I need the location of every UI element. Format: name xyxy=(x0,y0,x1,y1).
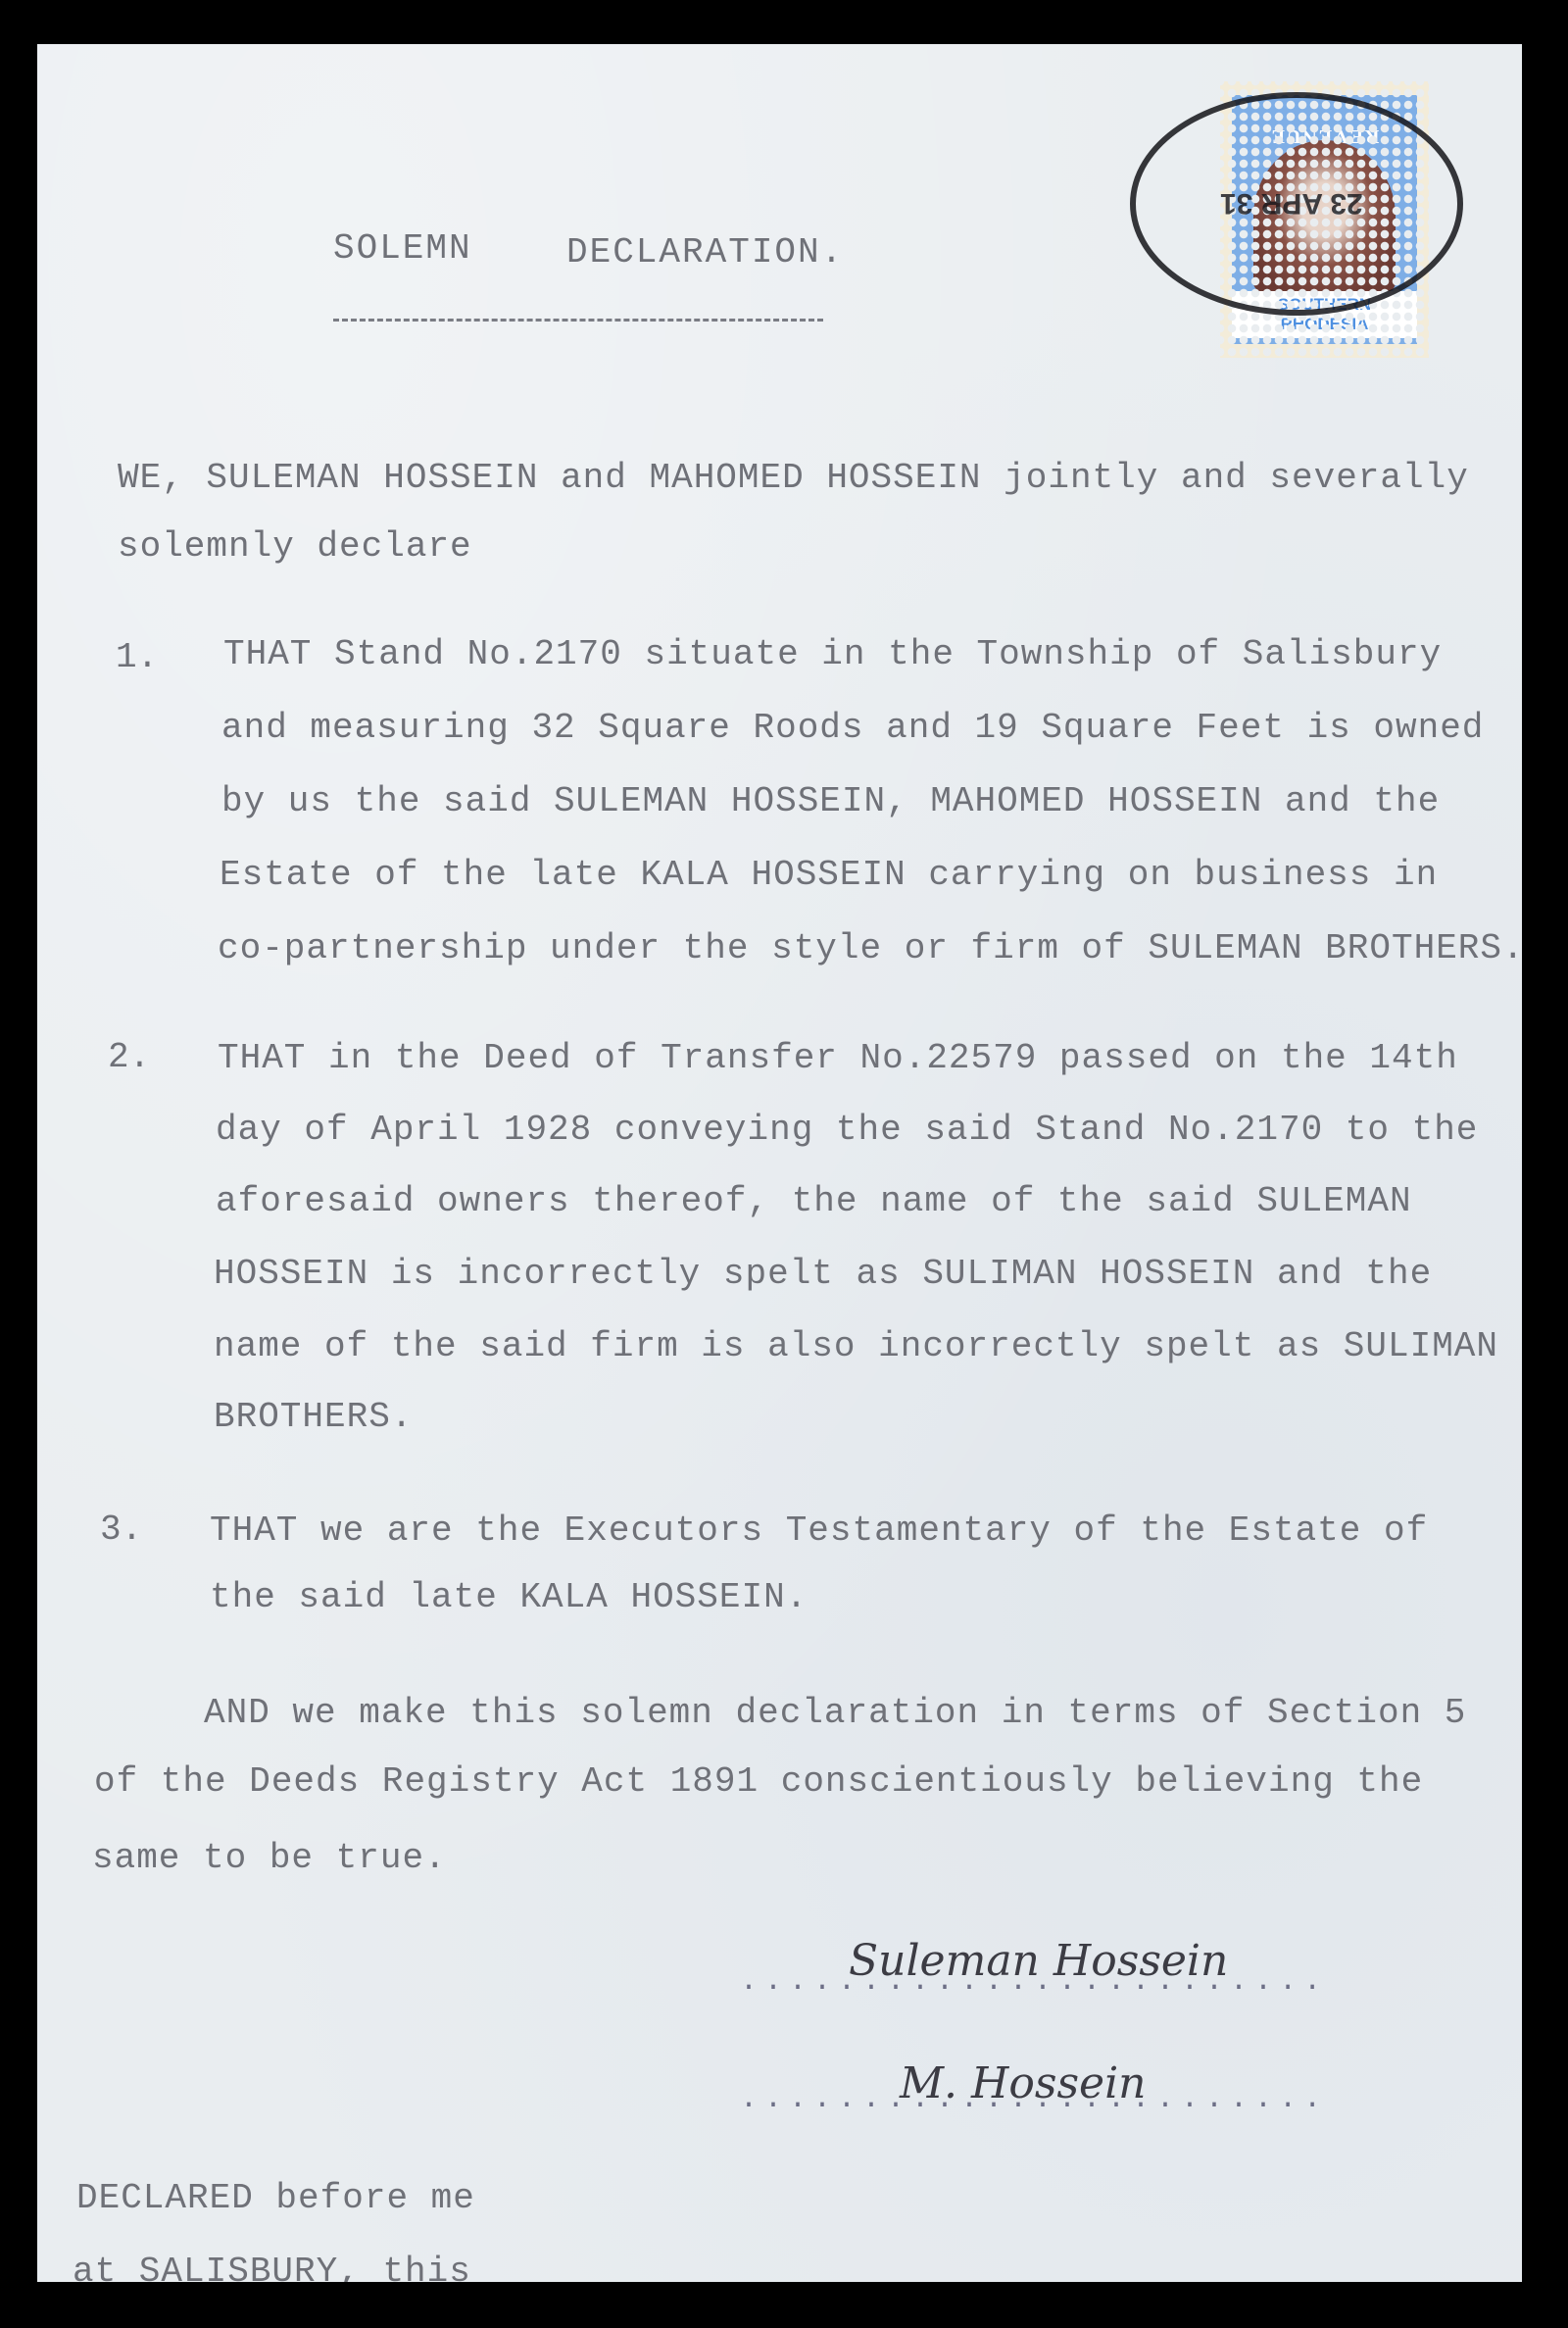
clause-line: Estate of the late KALA HOSSEIN carrying… xyxy=(220,858,1438,893)
signature-line: ........................ xyxy=(740,1965,1328,1999)
document-page xyxy=(37,44,1522,2282)
cancellation-date: 23 APR 31 xyxy=(1220,186,1363,220)
clause-line: name of the said firm is also incorrectl… xyxy=(214,1329,1498,1364)
clause-line: by us the said SULEMAN HOSSEIN, MAHOMED … xyxy=(221,784,1440,819)
attestation-line: DECLARED before me xyxy=(76,2181,475,2216)
title-word-1: SOLEMN xyxy=(333,231,472,267)
closing-line: AND we make this solemn declaration in t… xyxy=(204,1696,1466,1731)
clause-line: aforesaid owners thereof, the name of th… xyxy=(216,1184,1412,1219)
clause-line: BROTHERS. xyxy=(214,1400,413,1435)
preamble-line: solemnly declare xyxy=(118,529,472,565)
bottom-border xyxy=(0,2282,1568,2328)
clause-line: day of April 1928 conveying the said Sta… xyxy=(216,1113,1478,1148)
clause-line: THAT in the Deed of Transfer No.22579 pa… xyxy=(218,1041,1458,1076)
clause-number: 2. xyxy=(108,1037,150,1077)
title-underline xyxy=(333,319,823,322)
clause-line: THAT Stand No.2170 situate in the Townsh… xyxy=(223,637,1442,672)
preamble-line: WE, SULEMAN HOSSEIN and MAHOMED HOSSEIN … xyxy=(118,461,1469,496)
clause-line: co-partnership under the style or firm o… xyxy=(218,931,1525,966)
title-word-2: DECLARATION. xyxy=(566,235,844,271)
clause-number: 1. xyxy=(116,637,158,677)
clause-line: HOSSEIN is incorrectly spelt as SULIMAN … xyxy=(214,1257,1432,1292)
clause-line: and measuring 32 Square Roods and 19 Squ… xyxy=(221,711,1484,746)
closing-line: same to be true. xyxy=(92,1841,447,1876)
clause-line: THAT we are the Executors Testamentary o… xyxy=(210,1513,1428,1549)
clause-line: the said late KALA HOSSEIN. xyxy=(210,1580,808,1615)
closing-line: of the Deeds Registry Act 1891 conscient… xyxy=(94,1764,1423,1800)
clause-number: 3. xyxy=(100,1510,142,1550)
signature-line: ........................ xyxy=(740,2083,1328,2116)
